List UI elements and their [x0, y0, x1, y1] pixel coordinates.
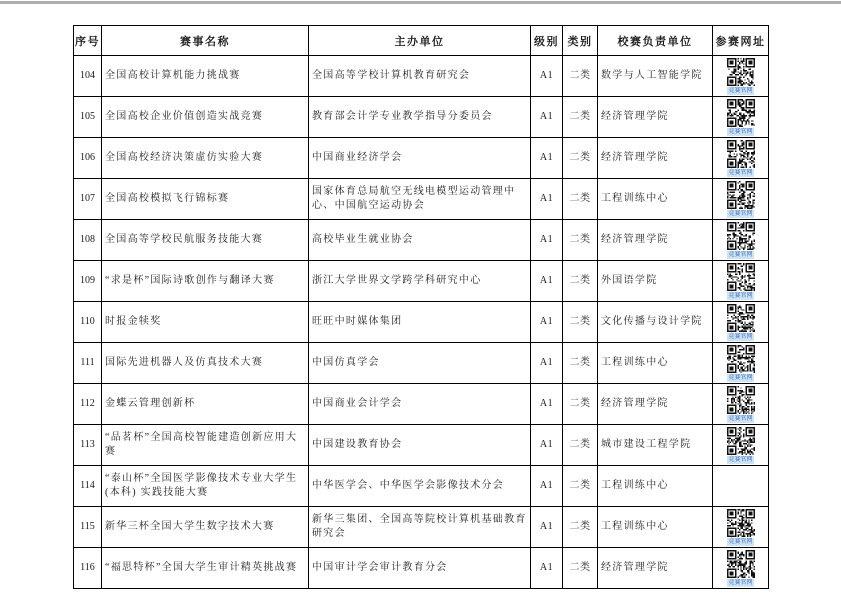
cell-name: 全国高校经济决策虚仿实验大赛	[102, 138, 309, 179]
column-header: 类别	[563, 26, 598, 56]
cell-unit: 经济管理学院	[598, 384, 713, 425]
qr-code-label: 竞赛官网	[727, 210, 753, 218]
table-header-row: 序号赛事名称主办单位级别类别校赛负责单位参赛网址	[74, 26, 769, 56]
cell-no: 109	[74, 261, 102, 302]
column-header: 主办单位	[309, 26, 531, 56]
cell-organizer: 旺旺中时媒体集团	[309, 302, 531, 343]
cell-level: A1	[531, 343, 563, 384]
cell-level: A1	[531, 507, 563, 548]
cell-name: 全国高校计算机能力挑战赛	[102, 56, 309, 97]
cell-url: 竞赛官网	[713, 507, 769, 548]
qr-code-block: 竞赛官网	[714, 509, 767, 546]
cell-level: A1	[531, 548, 563, 589]
table-row: 113“品茗杯”全国高校智能建造创新应用大赛中国建设教育协会A1二类城市建设工程…	[74, 425, 769, 466]
cell-category: 二类	[563, 179, 598, 220]
cell-organizer: 高校毕业生就业协会	[309, 220, 531, 261]
cell-unit: 工程训练中心	[598, 179, 713, 220]
cell-organizer: 全国高等学校计算机教育研究会	[309, 56, 531, 97]
cell-level: A1	[531, 220, 563, 261]
table-row: 116“福思特杯”全国大学生审计精英挑战赛中国审计学会审计教育分会A1二类经济管…	[74, 548, 769, 589]
cell-no: 114	[74, 466, 102, 507]
qr-code-image	[727, 345, 755, 373]
qr-code-image	[727, 58, 755, 86]
competitions-table: 序号赛事名称主办单位级别类别校赛负责单位参赛网址 104全国高校计算机能力挑战赛…	[73, 25, 769, 589]
cell-level: A1	[531, 179, 563, 220]
cell-category: 二类	[563, 507, 598, 548]
cell-category: 二类	[563, 302, 598, 343]
cell-organizer: 国家体育总局航空无线电模型运动管理中心、中国航空运动协会	[309, 179, 531, 220]
qr-code-label: 竞赛官网	[727, 374, 753, 382]
cell-level: A1	[531, 466, 563, 507]
cell-organizer: 中华医学会、中华医学会影像技术分会	[309, 466, 531, 507]
page-top-border	[0, 1, 841, 4]
cell-unit: 经济管理学院	[598, 220, 713, 261]
cell-url	[713, 466, 769, 507]
cell-category: 二类	[563, 384, 598, 425]
cell-no: 108	[74, 220, 102, 261]
cell-level: A1	[531, 138, 563, 179]
qr-code-block: 竞赛官网	[714, 345, 767, 382]
cell-unit: 文化传播与设计学院	[598, 302, 713, 343]
column-header: 级别	[531, 26, 563, 56]
qr-code-block: 竞赛官网	[714, 263, 767, 300]
qr-code-block: 竞赛官网	[714, 222, 767, 259]
cell-url: 竞赛官网	[713, 179, 769, 220]
table-row: 112金蝶云管理创新杯中国商业会计学会A1二类经济管理学院竞赛官网	[74, 384, 769, 425]
cell-url: 竞赛官网	[713, 97, 769, 138]
cell-category: 二类	[563, 425, 598, 466]
cell-unit: 经济管理学院	[598, 138, 713, 179]
cell-level: A1	[531, 56, 563, 97]
qr-code-label: 竞赛官网	[727, 415, 753, 423]
cell-unit: 数学与人工智能学院	[598, 56, 713, 97]
cell-name: 全国高等学校民航服务技能大赛	[102, 220, 309, 261]
qr-code-image	[727, 304, 755, 332]
cell-no: 104	[74, 56, 102, 97]
cell-category: 二类	[563, 220, 598, 261]
cell-no: 107	[74, 179, 102, 220]
table-row: 106全国高校经济决策虚仿实验大赛中国商业经济学会A1二类经济管理学院竞赛官网	[74, 138, 769, 179]
cell-level: A1	[531, 97, 563, 138]
cell-no: 106	[74, 138, 102, 179]
cell-url: 竞赛官网	[713, 548, 769, 589]
cell-no: 112	[74, 384, 102, 425]
qr-code-label: 竞赛官网	[727, 169, 753, 177]
qr-code-label: 竞赛官网	[727, 128, 753, 136]
qr-code-block: 竞赛官网	[714, 140, 767, 177]
qr-code-label: 竞赛官网	[727, 333, 753, 341]
cell-category: 二类	[563, 548, 598, 589]
qr-code-image	[727, 263, 755, 291]
cell-name: 时报金犊奖	[102, 302, 309, 343]
cell-name: “求是杯”国际诗歌创作与翻译大赛	[102, 261, 309, 302]
table-row: 105全国高校企业价值创造实战竞赛教育部会计学专业教学指导分委员会A1二类经济管…	[74, 97, 769, 138]
cell-category: 二类	[563, 56, 598, 97]
cell-level: A1	[531, 302, 563, 343]
cell-name: “泰山杯”全国医学影像技术专业大学生(本科) 实践技能大赛	[102, 466, 309, 507]
column-header: 序号	[74, 26, 102, 56]
cell-unit: 经济管理学院	[598, 97, 713, 138]
cell-organizer: 教育部会计学专业教学指导分委员会	[309, 97, 531, 138]
qr-code-image	[727, 181, 755, 209]
qr-code-label: 竞赛官网	[727, 456, 753, 464]
qr-code-block: 竞赛官网	[714, 304, 767, 341]
cell-name: 全国高校模拟飞行锦标赛	[102, 179, 309, 220]
cell-category: 二类	[563, 261, 598, 302]
cell-no: 116	[74, 548, 102, 589]
cell-no: 113	[74, 425, 102, 466]
cell-category: 二类	[563, 466, 598, 507]
cell-unit: 工程训练中心	[598, 343, 713, 384]
table-row: 114“泰山杯”全国医学影像技术专业大学生(本科) 实践技能大赛中华医学会、中华…	[74, 466, 769, 507]
cell-name: “品茗杯”全国高校智能建造创新应用大赛	[102, 425, 309, 466]
qr-code-image	[727, 550, 755, 578]
column-header: 赛事名称	[102, 26, 309, 56]
cell-name: 国际先进机器人及仿真技术大赛	[102, 343, 309, 384]
qr-code-label: 竞赛官网	[727, 579, 753, 587]
qr-code-image	[727, 509, 755, 537]
cell-level: A1	[531, 384, 563, 425]
qr-code-block: 竞赛官网	[714, 181, 767, 218]
qr-code-image	[727, 427, 755, 455]
cell-url: 竞赛官网	[713, 220, 769, 261]
cell-organizer: 浙江大学世界文学跨学科研究中心	[309, 261, 531, 302]
cell-level: A1	[531, 261, 563, 302]
cell-url: 竞赛官网	[713, 138, 769, 179]
cell-organizer: 中国建设教育协会	[309, 425, 531, 466]
qr-code-label: 竞赛官网	[727, 87, 753, 95]
cell-url: 竞赛官网	[713, 56, 769, 97]
qr-code-block: 竞赛官网	[714, 386, 767, 423]
document-page: 序号赛事名称主办单位级别类别校赛负责单位参赛网址 104全国高校计算机能力挑战赛…	[0, 0, 841, 595]
cell-url: 竞赛官网	[713, 343, 769, 384]
cell-level: A1	[531, 425, 563, 466]
qr-code-label: 竞赛官网	[727, 538, 753, 546]
qr-code-block: 竞赛官网	[714, 99, 767, 136]
table-row: 104全国高校计算机能力挑战赛全国高等学校计算机教育研究会A1二类数学与人工智能…	[74, 56, 769, 97]
cell-no: 105	[74, 97, 102, 138]
cell-organizer: 中国商业会计学会	[309, 384, 531, 425]
cell-unit: 外国语学院	[598, 261, 713, 302]
cell-organizer: 新华三集团、全国高等院校计算机基础教育研究会	[309, 507, 531, 548]
qr-code-image	[727, 222, 755, 250]
qr-code-block: 竞赛官网	[714, 550, 767, 587]
cell-category: 二类	[563, 343, 598, 384]
table-row: 107全国高校模拟飞行锦标赛国家体育总局航空无线电模型运动管理中心、中国航空运动…	[74, 179, 769, 220]
cell-url: 竞赛官网	[713, 425, 769, 466]
cell-unit: 工程训练中心	[598, 466, 713, 507]
table-row: 111国际先进机器人及仿真技术大赛中国仿真学会A1二类工程训练中心竞赛官网	[74, 343, 769, 384]
cell-category: 二类	[563, 138, 598, 179]
table-row: 115新华三杯全国大学生数字技术大赛新华三集团、全国高等院校计算机基础教育研究会…	[74, 507, 769, 548]
cell-no: 110	[74, 302, 102, 343]
cell-url: 竞赛官网	[713, 261, 769, 302]
qr-code-label: 竞赛官网	[727, 251, 753, 259]
qr-code-image	[727, 140, 755, 168]
table-body: 104全国高校计算机能力挑战赛全国高等学校计算机教育研究会A1二类数学与人工智能…	[74, 56, 769, 589]
table-row: 109“求是杯”国际诗歌创作与翻译大赛浙江大学世界文学跨学科研究中心A1二类外国…	[74, 261, 769, 302]
table-header: 序号赛事名称主办单位级别类别校赛负责单位参赛网址	[74, 26, 769, 56]
table-row: 110时报金犊奖旺旺中时媒体集团A1二类文化传播与设计学院竞赛官网	[74, 302, 769, 343]
cell-unit: 经济管理学院	[598, 548, 713, 589]
qr-code-block: 竞赛官网	[714, 58, 767, 95]
column-header: 参赛网址	[713, 26, 769, 56]
cell-name: 金蝶云管理创新杯	[102, 384, 309, 425]
cell-url: 竞赛官网	[713, 302, 769, 343]
cell-category: 二类	[563, 97, 598, 138]
cell-unit: 城市建设工程学院	[598, 425, 713, 466]
table-row: 108全国高等学校民航服务技能大赛高校毕业生就业协会A1二类经济管理学院竞赛官网	[74, 220, 769, 261]
cell-no: 115	[74, 507, 102, 548]
cell-name: 新华三杯全国大学生数字技术大赛	[102, 507, 309, 548]
cell-unit: 工程训练中心	[598, 507, 713, 548]
cell-url: 竞赛官网	[713, 384, 769, 425]
cell-organizer: 中国商业经济学会	[309, 138, 531, 179]
qr-code-label: 竞赛官网	[727, 292, 753, 300]
cell-organizer: 中国仿真学会	[309, 343, 531, 384]
cell-no: 111	[74, 343, 102, 384]
cell-organizer: 中国审计学会审计教育分会	[309, 548, 531, 589]
column-header: 校赛负责单位	[598, 26, 713, 56]
cell-name: 全国高校企业价值创造实战竞赛	[102, 97, 309, 138]
qr-code-image	[727, 386, 755, 414]
cell-name: “福思特杯”全国大学生审计精英挑战赛	[102, 548, 309, 589]
qr-code-block: 竞赛官网	[714, 427, 767, 464]
qr-code-image	[727, 99, 755, 127]
